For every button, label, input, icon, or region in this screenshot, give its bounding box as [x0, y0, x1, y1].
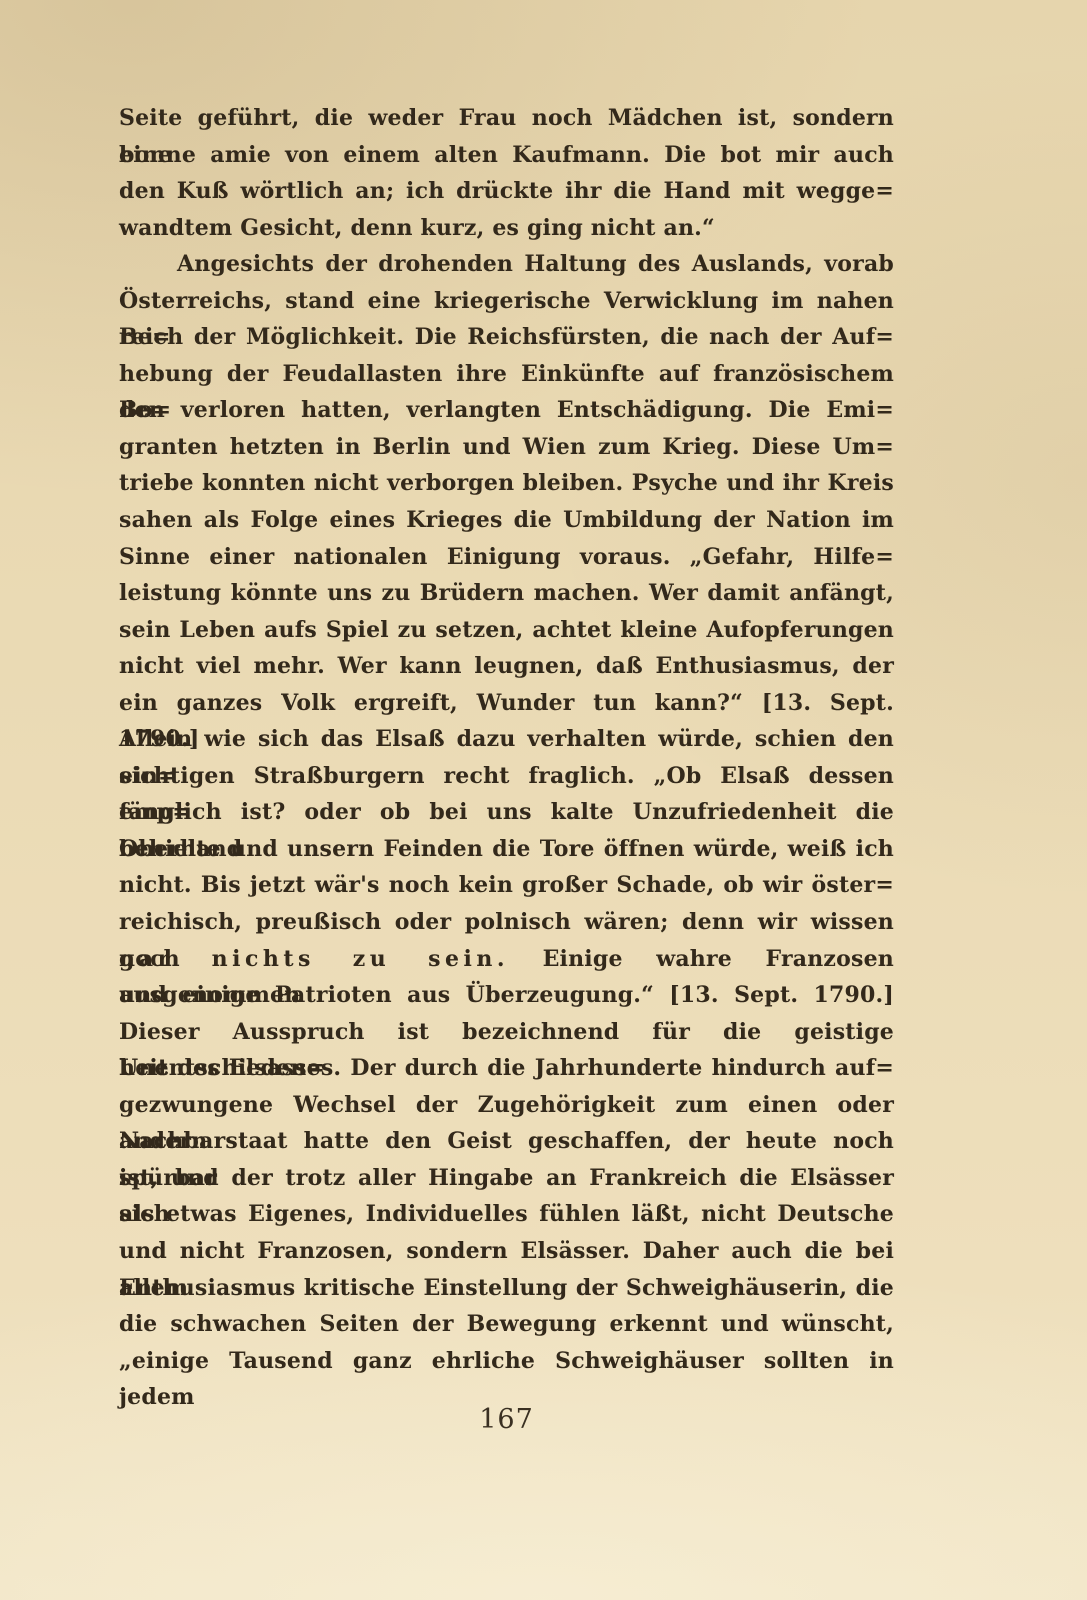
text-line: Allein wie sich das Elsaß dazu verhalten…: [119, 721, 894, 758]
text-line: triebe konnten nicht verborgen bleiben. …: [119, 465, 894, 502]
text-line: Österreichs, stand eine kriegerische Ver…: [119, 283, 894, 320]
text-line: gezwungene Wechsel der Zugehörigkeit zum…: [119, 1087, 894, 1124]
text-line: als etwas Eigenes, Individuelles fühlen …: [119, 1196, 894, 1233]
text-line: ist, und der trotz aller Hingabe an Fran…: [119, 1160, 894, 1197]
text-line: sahen als Folge eines Krieges die Umbild…: [119, 502, 894, 539]
text-line: Seite geführt, die weder Frau noch Mädch…: [119, 100, 894, 137]
book-page: Seite geführt, die weder Frau noch Mädch…: [0, 0, 1087, 1600]
emphasized-spaced-text: gar nichts zu sein.: [119, 946, 509, 972]
text-line: die schwachen Seiten der Bewegung erkenn…: [119, 1306, 894, 1343]
text-line: granten hetzten in Berlin und Wien zum K…: [119, 429, 894, 466]
text-line: sichtigen Straßburgern recht fraglich. „…: [119, 758, 894, 795]
text-line: fänglich ist? oder ob bei uns kalte Unzu…: [119, 794, 894, 831]
text-line: reichisch, preußisch oder polnisch wären…: [119, 904, 894, 941]
page-number: 167: [119, 1404, 894, 1435]
text-line: und einige Patrioten aus Überzeugung.“ […: [119, 977, 894, 1014]
text-line: reich der Möglichkeit. Die Reichsfürsten…: [119, 319, 894, 356]
text-line: bonne amie von einem alten Kaufmann. Die…: [119, 137, 894, 174]
text-line: Angesichts der drohenden Haltung des Aus…: [119, 246, 894, 283]
text-line: wandtem Gesicht, denn kurz, es ging nich…: [119, 210, 894, 247]
text-line: Dieser Ausspruch ist bezeichnend für die…: [119, 1014, 894, 1051]
text-line: behielte und unsern Feinden die Tore öff…: [119, 831, 894, 868]
text-line: „einige Tausend ganz ehrliche Schweighäu…: [119, 1343, 894, 1380]
text-line: gar nichts zu sein. Einige wahre Franzos…: [119, 941, 894, 978]
text-line: Sinne einer nationalen Einigung voraus. …: [119, 539, 894, 576]
text-line: heit des Elsasses. Der durch die Jahrhun…: [119, 1050, 894, 1087]
text-line: sein Leben aufs Spiel zu setzen, achtet …: [119, 612, 894, 649]
text-line: Nachbarstaat hatte den Geist geschaffen,…: [119, 1123, 894, 1160]
text-line: den verloren hatten, verlangten Entschäd…: [119, 392, 894, 429]
text-line: den Kuß wörtlich an; ich drückte ihr die…: [119, 173, 894, 210]
text-line: nicht viel mehr. Wer kann leugnen, daß E…: [119, 648, 894, 685]
text-line: ein ganzes Volk ergreift, Wunder tun kan…: [119, 685, 894, 722]
text-line: leistung könnte uns zu Brüdern machen. W…: [119, 575, 894, 612]
text-line: nicht. Bis jetzt wär's noch kein großer …: [119, 867, 894, 904]
page-text: Seite geführt, die weder Frau noch Mädch…: [119, 100, 894, 1379]
text-line: und nicht Franzosen, sondern Elsässer. D…: [119, 1233, 894, 1270]
text-line: Enthusiasmus kritische Einstellung der S…: [119, 1270, 894, 1307]
text-line: hebung der Feudallasten ihre Einkünfte a…: [119, 356, 894, 393]
